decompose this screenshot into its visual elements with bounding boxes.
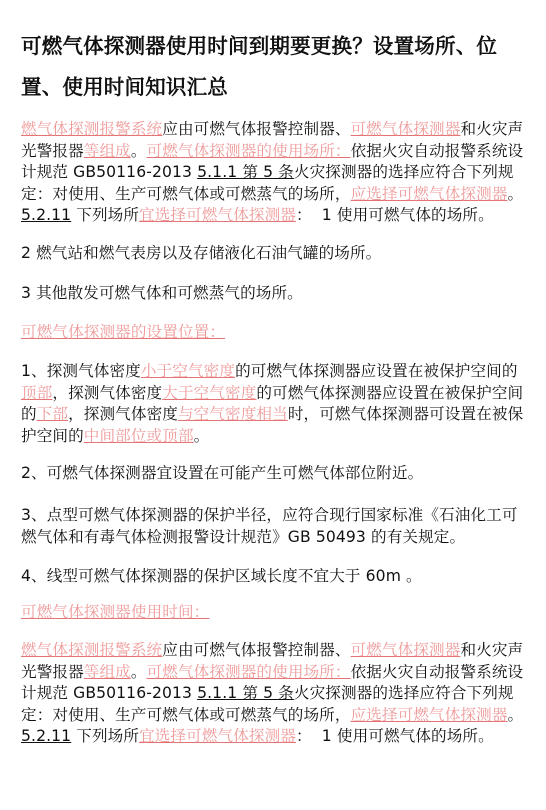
link-combustible-gas-detector[interactable]: 可燃气体探测器 [351,641,461,659]
place-item-3: 3 其他散发可燃气体和可燃蒸气的场所。 [21,283,526,305]
link-suitable-select-detector[interactable]: 宜选择可燃气体探测器 [139,727,296,745]
clause-reference: 5.1.1 第 5 条 [197,684,294,702]
text-segment: 。 [194,427,210,445]
intro-paragraph: 燃气体探测报警系统应由可燃气体报警控制器、可燃气体探测器和火灾声光警报器等组成。… [21,119,526,227]
text-segment: 。 [131,142,147,160]
link-detector-usage-places[interactable]: 可燃气体探测器的使用场所： [147,663,351,681]
text-segment: 应由可燃气体报警控制器、 [162,641,350,659]
link-should-select-detector[interactable]: 应选择可燃气体探测器 [351,706,508,724]
text-segment: 的可燃气体探测器应设置在被保护空间的 [235,362,518,380]
clause-reference: 5.1.1 第 5 条 [197,163,294,181]
link-detector-usage-places[interactable]: 可燃气体探测器的使用场所： [147,142,351,160]
link-gas-detection-alarm-system[interactable]: 燃气体探测报警系统 [21,641,162,659]
text-segment: 。 [508,185,524,203]
link-top[interactable]: 顶部 [21,384,52,402]
position-item-4: 4、线型可燃气体探测器的保护区域长度不宜大于 60m 。 [21,566,526,588]
position-item-3: 3、点型可燃气体探测器的保护半径，应符合现行国家标准《石油化工可燃气体和有毒气体… [21,505,526,548]
usage-heading: 可燃气体探测器使用时间： [21,602,526,624]
text-segment: 。 [508,706,524,724]
link-less-than-air-density[interactable]: 小于空气密度 [141,362,235,380]
text-segment: ： 1 使用可燃气体的场所。 [296,206,494,224]
link-combustible-gas-detector[interactable]: 可燃气体探测器 [351,120,461,138]
text-segment: ： 1 使用可燃气体的场所。 [296,727,494,745]
text-segment: 下列场所 [71,206,139,224]
link-greater-than-air-density[interactable]: 大于空气密度 [162,384,256,402]
text-segment: 下列场所 [71,727,139,745]
position-item-2: 2、可燃气体探测器宜设置在可能产生可燃气体部位附近。 [21,463,526,485]
clause-reference: 5.2.11 [21,727,71,745]
link-equal-air-density[interactable]: 与空气密度相当 [178,405,288,423]
link-composed-of[interactable]: 等组成 [84,663,131,681]
link-composed-of[interactable]: 等组成 [84,142,131,160]
text-segment: ，探测气体密度 [52,384,162,402]
link-middle-or-top[interactable]: 中间部位或顶部 [84,427,194,445]
link-should-select-detector[interactable]: 应选择可燃气体探测器 [351,185,508,203]
link-suitable-select-detector[interactable]: 宜选择可燃气体探测器 [139,206,296,224]
position-item-1: 1、探测气体密度小于空气密度的可燃气体探测器应设置在被保护空间的顶部，探测气体密… [21,361,526,447]
place-item-2: 2 燃气站和燃气表房以及存储液化石油气罐的场所。 [21,243,526,265]
link-bottom[interactable]: 下部 [37,405,68,423]
text-segment: 1、探测气体密度 [21,362,141,380]
link-gas-detection-alarm-system[interactable]: 燃气体探测报警系统 [21,120,162,138]
text-segment: 应由可燃气体报警控制器、 [162,120,350,138]
position-heading: 可燃气体探测器的设置位置： [21,322,526,344]
text-segment: ，探测气体密度 [68,405,178,423]
link-usage-heading[interactable]: 可燃气体探测器使用时间： [21,603,209,621]
usage-paragraph: 燃气体探测报警系统应由可燃气体报警控制器、可燃气体探测器和火灾声光警报器等组成。… [21,640,526,748]
text-segment: 。 [131,663,147,681]
link-position-heading[interactable]: 可燃气体探测器的设置位置： [21,323,225,341]
clause-reference: 5.2.11 [21,206,71,224]
article-title: 可燃气体探测器使用时间到期要更换？设置场所、位置、使用时间知识汇总 [21,26,526,108]
